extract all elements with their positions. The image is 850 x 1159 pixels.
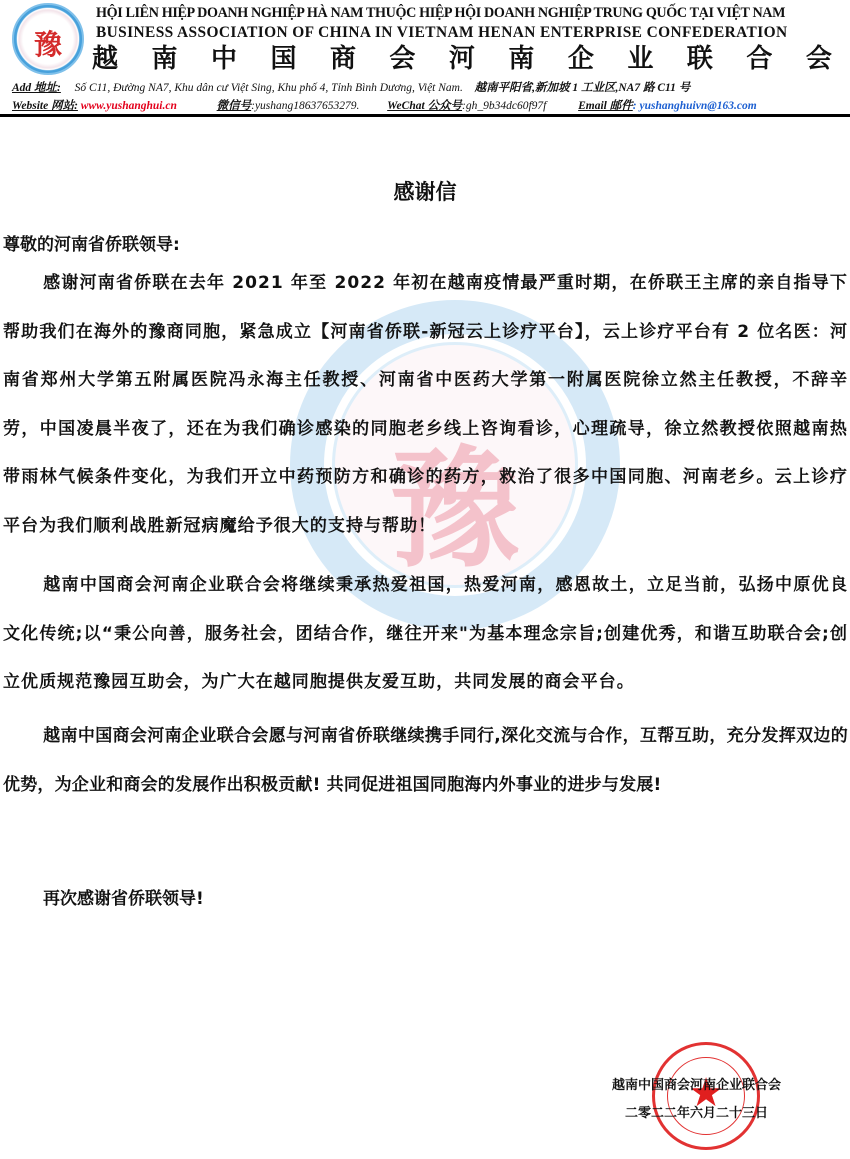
cn-char: 合 — [746, 42, 772, 76]
official-red-seal: ★ — [652, 1042, 760, 1150]
paragraph-2: 越南中国商会河南企业联合会将继续秉承热爱祖国，热爱河南，感恩故土，立足当前，弘扬… — [3, 561, 848, 707]
cn-char: 会 — [389, 42, 415, 76]
letterhead-name-english: BUSINESS ASSOCIATION OF CHINA IN VIETNAM… — [96, 24, 836, 42]
website-link[interactable]: www.yushanghui.cn — [81, 100, 177, 112]
cn-char: 中 — [211, 42, 237, 76]
cn-char: 南 — [508, 42, 534, 76]
letterhead-divider — [0, 114, 850, 117]
website-label: Website 网站: — [12, 100, 78, 112]
salutation: 尊敬的河南省侨联领导: — [3, 230, 180, 255]
paragraph-2-text: 越南中国商会河南企业联合会将继续秉承热爱祖国，热爱河南，感恩故土，立足当前，弘扬… — [3, 575, 848, 692]
signature-organization: 越南中国商会河南企业联合会 — [612, 1074, 781, 1093]
email-label: Email 邮件 — [578, 100, 633, 112]
cn-char: 南 — [151, 42, 177, 76]
closing-line: 再次感谢省侨联领导! — [43, 884, 204, 909]
cn-char: 越 — [92, 42, 118, 76]
cn-char: 业 — [627, 42, 653, 76]
association-logo: 豫 — [12, 3, 84, 75]
letter-title: 感谢信 — [0, 176, 850, 206]
contact-row: Website 网站: www.yushanghui.cn 微信号:yushan… — [12, 97, 757, 113]
logo-glyph: 豫 — [14, 23, 82, 63]
cn-char: 国 — [270, 42, 296, 76]
cn-char: 河 — [449, 42, 475, 76]
address-vietnamese: Số C11, Đường NA7, Khu dân cư Việt Sing,… — [75, 82, 463, 94]
letterhead: 豫 HỘI LIÊN HIỆP DOANH NGHIỆP HÀ NAM THUỘ… — [0, 0, 850, 122]
paragraph-1-text: 感谢河南省侨联在去年 2021 年至 2022 年初在越南疫情最严重时期，在侨联… — [3, 273, 848, 536]
address-row: Add 地址: Số C11, Đường NA7, Khu dân cư Vi… — [12, 79, 690, 95]
address-chinese: 越南平阳省,新加坡 1 工业区,NA7 路 C11 号 — [475, 82, 691, 94]
cn-char: 商 — [330, 42, 356, 76]
email-link[interactable]: : yushanghuivn@163.com — [633, 100, 757, 112]
signature-date: 二零二二年六月二十三日 — [625, 1102, 768, 1121]
address-label: Add 地址: — [12, 82, 61, 94]
letterhead-name-chinese: 越 南 中 国 商 会 河 南 企 业 联 合 会 — [92, 42, 832, 76]
cn-char: 联 — [687, 42, 713, 76]
paragraph-3: 越南中国商会河南企业联合会愿与河南省侨联继续携手同行,深化交流与合作，互帮互助，… — [3, 712, 848, 809]
paragraph-3-text: 越南中国商会河南企业联合会愿与河南省侨联继续携手同行,深化交流与合作，互帮互助，… — [3, 726, 848, 795]
paragraph-1: 感谢河南省侨联在去年 2021 年至 2022 年初在越南疫情最严重时期，在侨联… — [3, 259, 848, 550]
wechat-public-account: :gh_9b34dc60f97f — [462, 100, 546, 112]
wechat-id-label: 微信号 — [217, 100, 252, 112]
letterhead-name-vietnamese: HỘI LIÊN HIỆP DOANH NGHIỆP HÀ NAM THUỘC … — [96, 4, 784, 22]
wechat-public-label: WeChat 公众号 — [387, 100, 462, 112]
cn-char: 企 — [568, 42, 594, 76]
cn-char: 会 — [806, 42, 832, 76]
wechat-id: :yushang18637653279. — [251, 100, 359, 112]
